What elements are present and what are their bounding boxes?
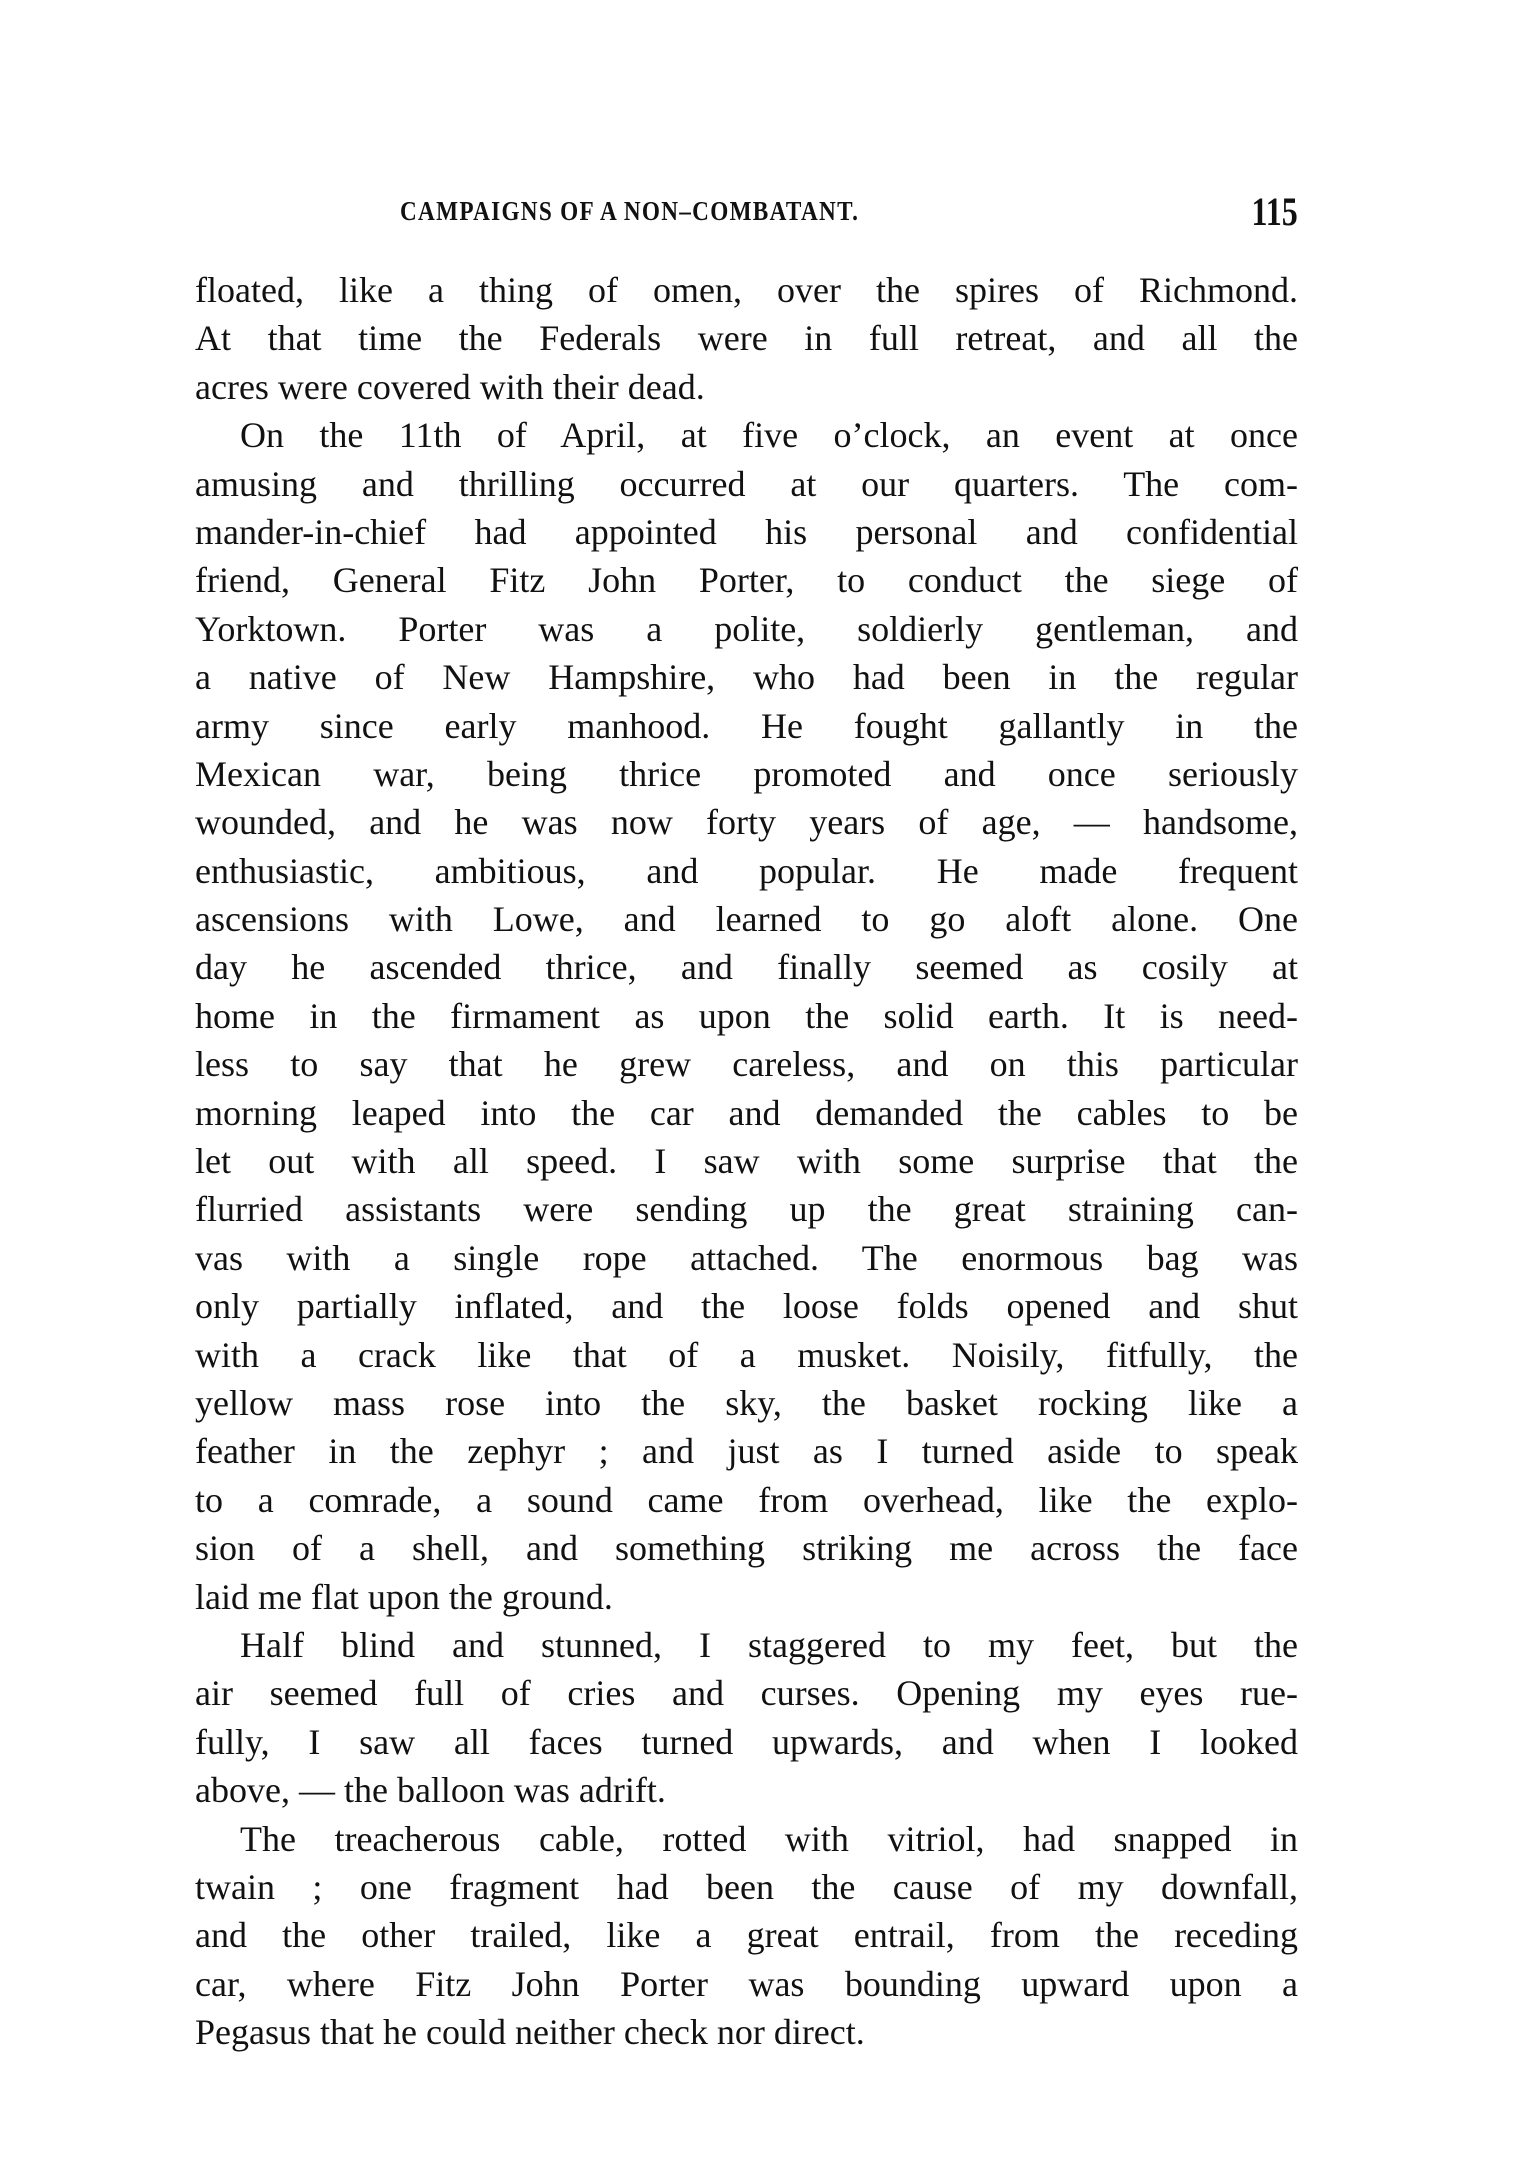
text-line: fully, I saw all faces turned upwards, a… xyxy=(195,1718,1298,1766)
text-line: to a comrade, a sound came from overhead… xyxy=(195,1476,1298,1524)
running-title: CAMPAIGNS OF A NON–COMBATANT. xyxy=(400,196,859,227)
text-line: sion of a shell, and something striking … xyxy=(195,1524,1298,1572)
paragraph: On the 11th of April, at five o’clock, a… xyxy=(195,411,1298,1621)
text-line: twain ; one fragment had been the cause … xyxy=(195,1863,1298,1911)
text-line: let out with all speed. I saw with some … xyxy=(195,1137,1298,1185)
text-line: flurried assistants were sending up the … xyxy=(195,1185,1298,1233)
text-line: floated, like a thing of omen, over the … xyxy=(195,266,1298,314)
text-line: Mexican war, being thrice promoted and o… xyxy=(195,750,1298,798)
text-line: above, — the balloon was adrift. xyxy=(195,1766,1298,1814)
text-line: morning leaped into the car and demanded… xyxy=(195,1089,1298,1137)
text-line: Half blind and stunned, I staggered to m… xyxy=(195,1621,1298,1669)
text-line: Pegasus that he could neither check nor … xyxy=(195,2008,1298,2056)
text-line: less to say that he grew careless, and o… xyxy=(195,1040,1298,1088)
text-line: and the other trailed, like a great entr… xyxy=(195,1911,1298,1959)
text-line: acres were covered with their dead. xyxy=(195,363,1298,411)
text-line: army since early manhood. He fought gall… xyxy=(195,702,1298,750)
text-line: only partially inflated, and the loose f… xyxy=(195,1282,1298,1330)
text-line: ascensions with Lowe, and learned to go … xyxy=(195,895,1298,943)
text-line: laid me flat upon the ground. xyxy=(195,1573,1298,1621)
text-line: On the 11th of April, at five o’clock, a… xyxy=(195,411,1298,459)
paragraph: The treacherous cable, rotted with vitri… xyxy=(195,1815,1298,2057)
text-line: yellow mass rose into the sky, the baske… xyxy=(195,1379,1298,1427)
paragraph: Half blind and stunned, I staggered to m… xyxy=(195,1621,1298,1815)
text-line: wounded, and he was now forty years of a… xyxy=(195,798,1298,846)
text-line: vas with a single rope attached. The eno… xyxy=(195,1234,1298,1282)
text-line: home in the firmament as upon the solid … xyxy=(195,992,1298,1040)
text-line: At that time the Federals were in full r… xyxy=(195,314,1298,362)
page-number: 115 xyxy=(1252,188,1298,235)
text-line: day he ascended thrice, and finally seem… xyxy=(195,943,1298,991)
text-line: The treacherous cable, rotted with vitri… xyxy=(195,1815,1298,1863)
text-line: friend, General Fitz John Porter, to con… xyxy=(195,556,1298,604)
text-line: Yorktown. Porter was a polite, soldierly… xyxy=(195,605,1298,653)
paragraph: floated, like a thing of omen, over the … xyxy=(195,266,1298,411)
text-line: with a crack like that of a musket. Nois… xyxy=(195,1331,1298,1379)
text-line: air seemed full of cries and curses. Ope… xyxy=(195,1669,1298,1717)
text-line: feather in the zephyr ; and just as I tu… xyxy=(195,1427,1298,1475)
text-line: amusing and thrilling occurred at our qu… xyxy=(195,460,1298,508)
text-line: a native of New Hampshire, who had been … xyxy=(195,653,1298,701)
page-header: CAMPAIGNS OF A NON–COMBATANT. 115 xyxy=(195,188,1298,238)
text-line: enthusiastic, ambitious, and popular. He… xyxy=(195,847,1298,895)
text-line: car, where Fitz John Porter was bounding… xyxy=(195,1960,1298,2008)
text-line: mander-in-chief had appointed his person… xyxy=(195,508,1298,556)
body-text: floated, like a thing of omen, over the … xyxy=(195,266,1298,2056)
